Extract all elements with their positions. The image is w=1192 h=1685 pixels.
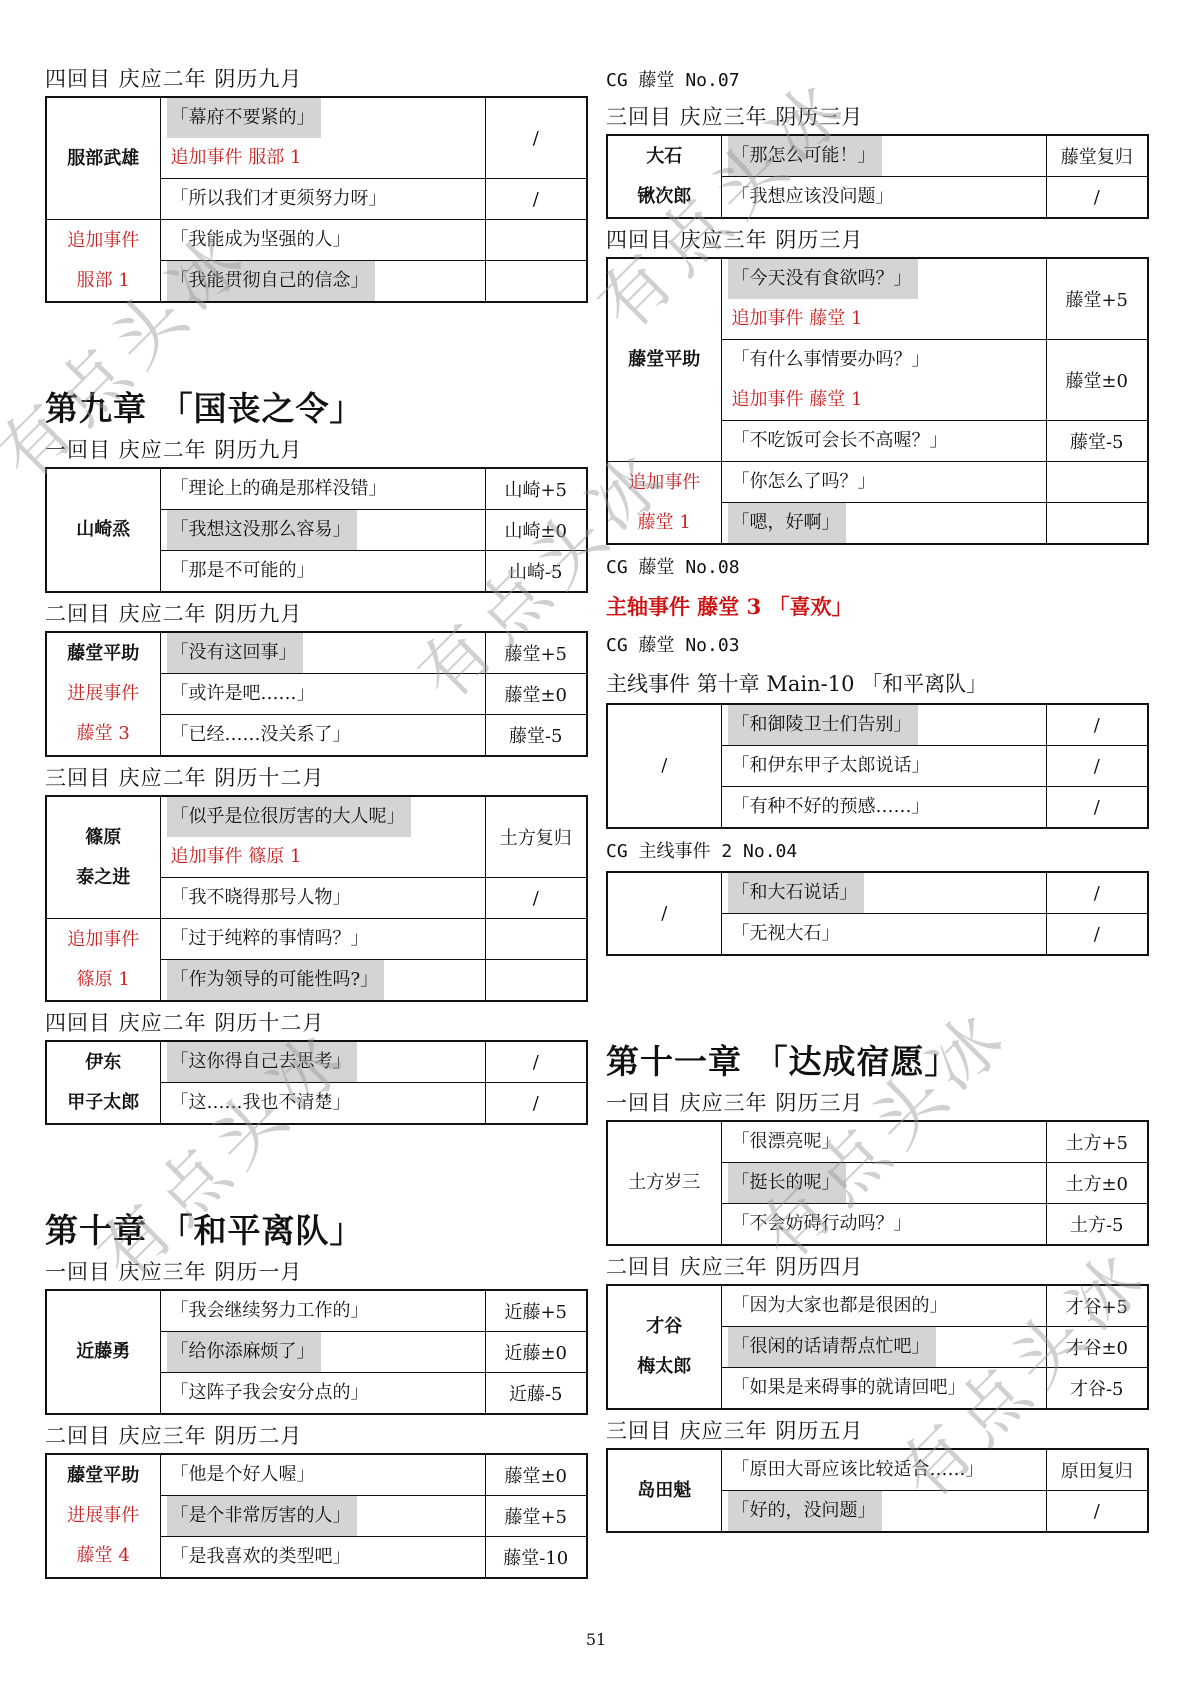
option-text: 「所以我们才更须努力呀」: [171, 188, 387, 209]
result-cell: 山崎-5: [485, 551, 587, 593]
character-cell: 藤堂平助进展事件藤堂 4: [46, 1454, 160, 1578]
option-cell: 「和御陵卫士们告别」: [721, 704, 1046, 746]
option-cell: 「不吃饭可会长不高喔？」: [721, 421, 1046, 462]
option-cell: 「今天没有食欲吗？」追加事件 藤堂 1: [721, 258, 1046, 340]
option-cell: 「所以我们才更须努力呀」: [160, 179, 485, 220]
result-cell: 藤堂复归: [1046, 135, 1148, 177]
option-cell: 「已经……没关系了」: [160, 715, 485, 757]
character-cell: 服部武雄: [46, 97, 160, 220]
result-cell: [485, 261, 587, 303]
dialogue-option: 「或许是吧……」: [171, 674, 475, 714]
choice-row: 岛田魁「原田大哥应该比较适合……」原田复归: [607, 1449, 1148, 1491]
option-text: 「这……我也不清楚」: [171, 1092, 351, 1113]
choice-row: 篠原泰之进「似乎是位很厉害的大人呢」追加事件 篠原 1土方复归: [46, 796, 587, 878]
highlighted-option-text: 「作为领导的可能性吗?」: [167, 960, 385, 1000]
spacer: [45, 307, 586, 385]
result-cell: [485, 960, 587, 1002]
choice-row: 藤堂平助进展事件藤堂 3「没有这回事」藤堂+5: [46, 632, 587, 674]
option-cell: 「有种不好的预感……」: [721, 787, 1046, 829]
option-cell: 「你怎么了吗？」: [721, 462, 1046, 503]
option-cell: 「似乎是位很厉害的大人呢」追加事件 篠原 1: [160, 796, 485, 878]
result-cell: 原田复归: [1046, 1449, 1148, 1491]
choice-row: 山崎烝「理论上的确是那样没错」山崎+5: [46, 468, 587, 510]
dialogue-option: 「好的，没问题」: [732, 1491, 1036, 1531]
option-text: 「因为大家也都是很困的」: [732, 1295, 948, 1316]
right-column: CG 藤堂 No.07三回目 庆应三年 阴历三月大石锹次郎「那怎么可能！」藤堂复…: [606, 62, 1147, 1537]
choice-row: 追加事件藤堂 1「你怎么了吗？」: [607, 462, 1148, 503]
character-name: 甲子太郎: [47, 1083, 160, 1123]
result-cell: 山崎+5: [485, 468, 587, 510]
option-text: 「是我喜欢的类型吧」: [171, 1546, 351, 1567]
dialogue-option: 「和御陵卫士们告别」: [732, 705, 1036, 745]
option-text: 「已经……没关系了」: [171, 724, 351, 745]
highlighted-option-text: 「给你添麻烦了」: [167, 1332, 321, 1372]
option-cell: 「我想应该没问题」: [721, 177, 1046, 219]
option-cell: 「因为大家也都是很困的」: [721, 1285, 1046, 1327]
option-cell: 「那是不可能的」: [160, 551, 485, 593]
highlighted-option-text: 「和御陵卫士们告别」: [728, 705, 918, 745]
cg-label: CG 藤堂 No.03: [606, 627, 1147, 665]
round-heading: 二回目 庆应二年 阴历九月: [45, 597, 586, 631]
spacer: [606, 960, 1147, 1038]
round-heading: 一回目 庆应二年 阴历九月: [45, 433, 586, 467]
option-cell: 「我不晓得那号人物」: [160, 878, 485, 919]
choice-row: 才谷梅太郎「因为大家也都是很困的」才谷+5: [607, 1285, 1148, 1327]
option-text: 追加事件 藤堂 1: [732, 389, 863, 410]
result-cell: /: [1046, 704, 1148, 746]
option-cell: 「作为领导的可能性吗?」: [160, 960, 485, 1002]
result-cell: /: [485, 878, 587, 919]
dialogue-option: 「我能贯彻自己的信念」: [171, 261, 475, 301]
character-name: 锹次郎: [608, 177, 721, 217]
option-cell: 「好的，没问题」: [721, 1491, 1046, 1533]
choice-table: 藤堂平助进展事件藤堂 3「没有这回事」藤堂+5「或许是吧……」藤堂±0「已经………: [45, 631, 588, 757]
choice-row: 追加事件服部 1「我能成为坚强的人」: [46, 220, 587, 261]
result-cell: 近藤±0: [485, 1332, 587, 1373]
extra-event-note: 追加事件 服部 1: [171, 138, 475, 178]
highlighted-option-text: 「我能贯彻自己的信念」: [167, 261, 375, 301]
result-cell: 土方复归: [485, 796, 587, 878]
dialogue-option: 「挺长的呢」: [732, 1163, 1036, 1203]
result-cell: 才谷+5: [1046, 1285, 1148, 1327]
result-cell: /: [485, 1083, 587, 1125]
character-cell: 藤堂平助: [607, 258, 721, 462]
option-text: 「那是不可能的」: [171, 560, 315, 581]
dialogue-option: 「似乎是位很厉害的大人呢」: [171, 797, 475, 837]
dialogue-option: 「和伊东甲子太郎说话」: [732, 746, 1036, 786]
option-text: 「不吃饭可会长不高喔？」: [732, 430, 948, 451]
result-cell: /: [1046, 746, 1148, 787]
option-cell: 「他是个好人喔」: [160, 1454, 485, 1496]
choice-row: 藤堂平助进展事件藤堂 4「他是个好人喔」藤堂±0: [46, 1454, 587, 1496]
highlighted-option-text: 「挺长的呢」: [728, 1163, 846, 1203]
character-name: 进展事件: [47, 1496, 160, 1536]
main-line-event-heading: 主线事件 第十章 Main-10 「和平离队」: [606, 665, 1147, 703]
dialogue-option: 「有种不好的预感……」: [732, 787, 1036, 827]
result-cell: 藤堂+5: [485, 632, 587, 674]
choice-table: 伊东甲子太郎「这你得自己去思考」/「这……我也不清楚」/: [45, 1040, 588, 1125]
character-cell: 追加事件篠原 1: [46, 919, 160, 1002]
dialogue-option: 「原田大哥应该比较适合……」: [732, 1450, 1036, 1490]
choice-table: 才谷梅太郎「因为大家也都是很困的」才谷+5「很闲的话请帮点忙吧」才谷±0「如果是…: [606, 1284, 1149, 1410]
option-cell: 「没有这回事」: [160, 632, 485, 674]
character-name: 藤堂平助: [47, 634, 160, 674]
dialogue-option: 「已经……没关系了」: [171, 715, 475, 755]
choice-table: /「和大石说话」/「无视大石」/: [606, 871, 1149, 956]
option-cell: 「那怎么可能！」: [721, 135, 1046, 177]
highlighted-option-text: 「和大石说话」: [728, 873, 864, 913]
option-text: 「理论上的确是那样没错」: [171, 478, 387, 499]
option-cell: 「如果是来碍事的就请回吧」: [721, 1368, 1046, 1410]
dialogue-option: 「没有这回事」: [171, 633, 475, 673]
option-text: 「有种不好的预感……」: [732, 796, 930, 817]
choice-row: 土方岁三「很漂亮呢」土方+5: [607, 1121, 1148, 1163]
option-text: 「很漂亮呢」: [732, 1131, 840, 1152]
character-cell: 追加事件藤堂 1: [607, 462, 721, 545]
character-name: 山崎烝: [47, 510, 160, 550]
dialogue-option: 「他是个好人喔」: [171, 1455, 475, 1495]
option-cell: 「很漂亮呢」: [721, 1121, 1046, 1163]
option-cell: 「嗯，好啊」: [721, 503, 1046, 545]
option-text: 「无视大石」: [732, 923, 840, 944]
option-text: 「过于纯粹的事情吗？」: [171, 928, 369, 949]
highlighted-option-text: 「似乎是位很厉害的大人呢」: [167, 797, 411, 837]
character-name: 藤堂 1: [608, 503, 721, 543]
round-heading: 四回目 庆应二年 阴历九月: [45, 62, 586, 96]
character-cell: 岛田魁: [607, 1449, 721, 1532]
result-cell: 山崎±0: [485, 510, 587, 551]
highlighted-option-text: 「今天没有食欲吗？」: [728, 259, 918, 299]
dialogue-option: 「那怎么可能！」: [732, 136, 1036, 176]
option-cell: 「和大石说话」: [721, 872, 1046, 914]
character-name: 藤堂 3: [47, 714, 160, 754]
result-cell: 藤堂±0: [1046, 340, 1148, 421]
dialogue-option: 「过于纯粹的事情吗？」: [171, 919, 475, 959]
character-cell: 才谷梅太郎: [607, 1285, 721, 1409]
result-cell: 藤堂+5: [485, 1496, 587, 1537]
option-text: 「他是个好人喔」: [171, 1464, 315, 1485]
option-text: 追加事件 服部 1: [171, 147, 302, 168]
dialogue-option: 「这阵子我会安分点的」: [171, 1373, 475, 1413]
spacer: [45, 1129, 586, 1207]
choice-row: 近藤勇「我会继续努力工作的」近藤+5: [46, 1290, 587, 1332]
dialogue-option: 「幕府不要紧的」: [171, 98, 475, 138]
result-cell: /: [1046, 872, 1148, 914]
option-cell: 「原田大哥应该比较适合……」: [721, 1449, 1046, 1491]
extra-event-note: 追加事件 藤堂 1: [732, 299, 1036, 339]
choice-table: 山崎烝「理论上的确是那样没错」山崎+5「我想这没那么容易」山崎±0「那是不可能的…: [45, 467, 588, 593]
option-text: 「和伊东甲子太郎说话」: [732, 755, 930, 776]
option-cell: 「挺长的呢」: [721, 1163, 1046, 1204]
result-cell: 土方+5: [1046, 1121, 1148, 1163]
option-cell: 「我能成为坚强的人」: [160, 220, 485, 261]
choice-row: 藤堂平助「今天没有食欲吗？」追加事件 藤堂 1藤堂+5: [607, 258, 1148, 340]
dialogue-option: 「我不晓得那号人物」: [171, 878, 475, 918]
character-name: /: [608, 894, 721, 934]
dialogue-option: 「是我喜欢的类型吧」: [171, 1537, 475, 1577]
choice-table: 藤堂平助进展事件藤堂 4「他是个好人喔」藤堂±0「是个非常厉害的人」藤堂+5「是…: [45, 1453, 588, 1579]
dialogue-option: 「我想这没那么容易」: [171, 510, 475, 550]
cg-label: CG 藤堂 No.08: [606, 549, 1147, 587]
character-name: 梅太郎: [608, 1347, 721, 1387]
result-cell: 藤堂-5: [485, 715, 587, 757]
dialogue-option: 「今天没有食欲吗？」: [732, 259, 1036, 299]
option-cell: 「过于纯粹的事情吗？」: [160, 919, 485, 960]
round-heading: 二回目 庆应三年 阴历四月: [606, 1250, 1147, 1284]
chapter-title: 第九章 「国丧之令」: [45, 385, 586, 433]
option-text: 「原田大哥应该比较适合……」: [732, 1459, 984, 1480]
result-cell: 近藤-5: [485, 1373, 587, 1415]
result-cell: [1046, 462, 1148, 503]
character-name: 追加事件: [47, 221, 160, 261]
dialogue-option: 「我能成为坚强的人」: [171, 220, 475, 260]
round-heading: 一回目 庆应三年 阴历三月: [606, 1086, 1147, 1120]
extra-event-note: 追加事件 篠原 1: [171, 837, 475, 877]
highlighted-option-text: 「没有这回事」: [167, 633, 303, 673]
dialogue-option: 「这……我也不清楚」: [171, 1083, 475, 1123]
result-cell: /: [1046, 1491, 1148, 1533]
option-cell: 「我会继续努力工作的」: [160, 1290, 485, 1332]
option-text: 「或许是吧……」: [171, 683, 315, 704]
result-cell: /: [1046, 914, 1148, 956]
result-cell: [1046, 503, 1148, 545]
dialogue-option: 「不吃饭可会长不高喔？」: [732, 421, 1036, 461]
option-cell: 「无视大石」: [721, 914, 1046, 956]
dialogue-option: 「我会继续努力工作的」: [171, 1291, 475, 1331]
option-cell: 「有什么事情要办吗？」追加事件 藤堂 1: [721, 340, 1046, 421]
option-text: 「我会继续努力工作的」: [171, 1300, 369, 1321]
left-column: 四回目 庆应二年 阴历九月服部武雄「幕府不要紧的」追加事件 服部 1/「所以我们…: [45, 62, 586, 1583]
dialogue-option: 「你怎么了吗？」: [732, 462, 1036, 502]
highlighted-option-text: 「很闲的话请帮点忙吧」: [728, 1327, 936, 1367]
result-cell: 藤堂±0: [485, 1454, 587, 1496]
round-heading: 三回目 庆应二年 阴历十二月: [45, 761, 586, 795]
dialogue-option: 「和大石说话」: [732, 873, 1036, 913]
option-cell: 「是个非常厉害的人」: [160, 1496, 485, 1537]
dialogue-option: 「理论上的确是那样没错」: [171, 469, 475, 509]
character-cell: 大石锹次郎: [607, 135, 721, 218]
option-text: 「这阵子我会安分点的」: [171, 1382, 369, 1403]
chapter-title: 第十章 「和平离队」: [45, 1207, 586, 1255]
option-cell: 「理论上的确是那样没错」: [160, 468, 485, 510]
round-heading: 四回目 庆应三年 阴历三月: [606, 223, 1147, 257]
dialogue-option: 「不会妨碍行动吗？」: [732, 1204, 1036, 1244]
character-cell: 山崎烝: [46, 468, 160, 592]
option-text: 追加事件 篠原 1: [171, 846, 302, 867]
highlighted-option-text: 「好的，没问题」: [728, 1491, 882, 1531]
result-cell: 藤堂+5: [1046, 258, 1148, 340]
choice-row: 伊东甲子太郎「这你得自己去思考」/: [46, 1041, 587, 1083]
character-cell: 追加事件服部 1: [46, 220, 160, 303]
character-name: 藤堂平助: [47, 1456, 160, 1496]
dialogue-option: 「因为大家也都是很困的」: [732, 1286, 1036, 1326]
option-text: 「有什么事情要办吗？」: [732, 349, 930, 370]
dialogue-option: 「很漂亮呢」: [732, 1122, 1036, 1162]
highlighted-option-text: 「幕府不要紧的」: [167, 98, 321, 138]
character-name: 追加事件: [47, 920, 160, 960]
highlighted-option-text: 「是个非常厉害的人」: [167, 1496, 357, 1536]
extra-event-note: 追加事件 藤堂 1: [732, 380, 1036, 420]
dialogue-option: 「那是不可能的」: [171, 551, 475, 591]
character-name: 大石: [608, 137, 721, 177]
option-cell: 「我想这没那么容易」: [160, 510, 485, 551]
character-name: 土方岁三: [608, 1163, 721, 1203]
round-heading: 一回目 庆应三年 阴历一月: [45, 1255, 586, 1289]
page-number: 51: [0, 1630, 1192, 1649]
choice-row: /「和大石说话」/: [607, 872, 1148, 914]
choice-table: 篠原泰之进「似乎是位很厉害的大人呢」追加事件 篠原 1土方复归「我不晓得那号人物…: [45, 795, 588, 1002]
result-cell: 才谷±0: [1046, 1327, 1148, 1368]
option-text: 「如果是来碍事的就请回吧」: [732, 1377, 966, 1398]
character-name: 藤堂 4: [47, 1536, 160, 1576]
character-name: 伊东: [47, 1043, 160, 1083]
result-cell: 土方±0: [1046, 1163, 1148, 1204]
option-cell: 「很闲的话请帮点忙吧」: [721, 1327, 1046, 1368]
result-cell: /: [1046, 177, 1148, 219]
dialogue-option: 「我想应该没问题」: [732, 177, 1036, 217]
cg-label: CG 主线事件 2 No.04: [606, 833, 1147, 871]
option-cell: 「这你得自己去思考」: [160, 1041, 485, 1083]
character-cell: /: [607, 872, 721, 955]
dialogue-option: 「无视大石」: [732, 914, 1036, 954]
character-cell: 伊东甲子太郎: [46, 1041, 160, 1124]
dialogue-option: 「很闲的话请帮点忙吧」: [732, 1327, 1036, 1367]
result-cell: /: [485, 97, 587, 179]
character-cell: 藤堂平助进展事件藤堂 3: [46, 632, 160, 756]
option-cell: 「我能贯彻自己的信念」: [160, 261, 485, 303]
character-name: 岛田魁: [608, 1471, 721, 1511]
result-cell: 才谷-5: [1046, 1368, 1148, 1410]
choice-row: 大石锹次郎「那怎么可能！」藤堂复归: [607, 135, 1148, 177]
highlighted-option-text: 「这你得自己去思考」: [167, 1042, 357, 1082]
option-text: 「我能成为坚强的人」: [171, 229, 351, 250]
choice-table: 岛田魁「原田大哥应该比较适合……」原田复归「好的，没问题」/: [606, 1448, 1149, 1533]
option-cell: 「是我喜欢的类型吧」: [160, 1537, 485, 1579]
dialogue-option: 「有什么事情要办吗？」: [732, 340, 1036, 380]
choice-table: 大石锹次郎「那怎么可能！」藤堂复归「我想应该没问题」/: [606, 134, 1149, 219]
choice-row: 追加事件篠原 1「过于纯粹的事情吗？」: [46, 919, 587, 960]
character-name: 篠原 1: [47, 960, 160, 1000]
result-cell: 土方-5: [1046, 1204, 1148, 1246]
option-text: 「我不晓得那号人物」: [171, 887, 351, 908]
option-text: 「不会妨碍行动吗？」: [732, 1213, 912, 1234]
character-name: 篠原: [47, 818, 160, 858]
round-heading: 三回目 庆应三年 阴历五月: [606, 1414, 1147, 1448]
highlighted-option-text: 「那怎么可能！」: [728, 136, 882, 176]
character-name: 才谷: [608, 1307, 721, 1347]
choice-table: 藤堂平助「今天没有食欲吗？」追加事件 藤堂 1藤堂+5「有什么事情要办吗？」追加…: [606, 257, 1149, 545]
choice-table: 服部武雄「幕府不要紧的」追加事件 服部 1/「所以我们才更须努力呀」/追加事件服…: [45, 96, 588, 303]
cg-label: CG 藤堂 No.07: [606, 62, 1147, 100]
main-axis-event-heading: 主轴事件 藤堂 3 「喜欢」: [606, 587, 1147, 627]
result-cell: /: [485, 1041, 587, 1083]
character-name: 服部武雄: [47, 139, 160, 179]
character-name: 追加事件: [608, 463, 721, 503]
choice-row: /「和御陵卫士们告别」/: [607, 704, 1148, 746]
option-cell: 「和伊东甲子太郎说话」: [721, 746, 1046, 787]
character-name: 进展事件: [47, 674, 160, 714]
round-heading: 三回目 庆应三年 阴历三月: [606, 100, 1147, 134]
result-cell: 藤堂-10: [485, 1537, 587, 1579]
dialogue-option: 「这你得自己去思考」: [171, 1042, 475, 1082]
character-cell: 近藤勇: [46, 1290, 160, 1414]
highlighted-option-text: 「嗯，好啊」: [728, 503, 846, 543]
character-cell: /: [607, 704, 721, 828]
round-heading: 四回目 庆应二年 阴历十二月: [45, 1006, 586, 1040]
option-text: 追加事件 藤堂 1: [732, 308, 863, 329]
result-cell: 藤堂±0: [485, 674, 587, 715]
dialogue-option: 「是个非常厉害的人」: [171, 1496, 475, 1536]
dialogue-option: 「给你添麻烦了」: [171, 1332, 475, 1372]
option-text: 「你怎么了吗？」: [732, 471, 876, 492]
option-cell: 「不会妨碍行动吗？」: [721, 1204, 1046, 1246]
choice-table: 近藤勇「我会继续努力工作的」近藤+5「给你添麻烦了」近藤±0「这阵子我会安分点的…: [45, 1289, 588, 1415]
chapter-title: 第十一章 「达成宿愿」: [606, 1038, 1147, 1086]
round-heading: 二回目 庆应三年 阴历二月: [45, 1419, 586, 1453]
choice-row: 服部武雄「幕府不要紧的」追加事件 服部 1/: [46, 97, 587, 179]
dialogue-option: 「嗯，好啊」: [732, 503, 1036, 543]
highlighted-option-text: 「我想这没那么容易」: [167, 510, 357, 550]
character-name: 泰之进: [47, 858, 160, 898]
dialogue-option: 「作为领导的可能性吗?」: [171, 960, 475, 1000]
choice-table: /「和御陵卫士们告别」/「和伊东甲子太郎说话」/「有种不好的预感……」/: [606, 703, 1149, 829]
result-cell: /: [485, 179, 587, 220]
option-cell: 「或许是吧……」: [160, 674, 485, 715]
character-cell: 篠原泰之进: [46, 796, 160, 919]
character-cell: 土方岁三: [607, 1121, 721, 1245]
option-cell: 「这……我也不清楚」: [160, 1083, 485, 1125]
result-cell: /: [1046, 787, 1148, 829]
option-cell: 「幕府不要紧的」追加事件 服部 1: [160, 97, 485, 179]
result-cell: 藤堂-5: [1046, 421, 1148, 462]
dialogue-option: 「如果是来碍事的就请回吧」: [732, 1368, 1036, 1408]
option-cell: 「给你添麻烦了」: [160, 1332, 485, 1373]
character-name: 藤堂平助: [608, 340, 721, 380]
result-cell: 近藤+5: [485, 1290, 587, 1332]
character-name: /: [608, 746, 721, 786]
character-name: 近藤勇: [47, 1332, 160, 1372]
option-cell: 「这阵子我会安分点的」: [160, 1373, 485, 1415]
character-name: 服部 1: [47, 261, 160, 301]
dialogue-option: 「所以我们才更须努力呀」: [171, 179, 475, 219]
choice-table: 土方岁三「很漂亮呢」土方+5「挺长的呢」土方±0「不会妨碍行动吗？」土方-5: [606, 1120, 1149, 1246]
option-text: 「我想应该没问题」: [732, 186, 894, 207]
result-cell: [485, 220, 587, 261]
result-cell: [485, 919, 587, 960]
